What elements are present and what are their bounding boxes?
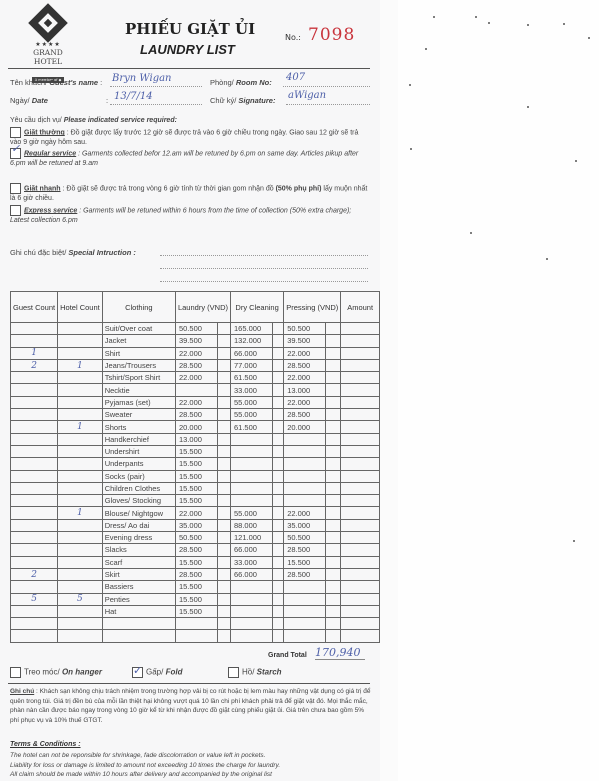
dry-cleaning-qty-cell[interactable] bbox=[272, 507, 284, 519]
clothing-cell: Jacket bbox=[102, 335, 175, 347]
pressing-price-cell bbox=[284, 593, 326, 605]
laundry-price-cell: 35.000 bbox=[175, 519, 217, 531]
regular-service-checkbox[interactable] bbox=[10, 148, 21, 159]
guest-count-cell[interactable] bbox=[11, 384, 58, 396]
pressing-price-cell: 28.500 bbox=[284, 409, 326, 421]
laundry-qty-cell[interactable] bbox=[217, 396, 230, 408]
dry-cleaning-price-cell bbox=[231, 458, 273, 470]
hotel-count-cell[interactable] bbox=[58, 568, 103, 580]
pressing-qty-cell[interactable] bbox=[325, 605, 341, 617]
table-row: Necktie33.00013.000 bbox=[11, 384, 380, 396]
pressing-qty-cell[interactable] bbox=[325, 433, 341, 445]
laundry-price-cell: 15.500 bbox=[175, 581, 217, 593]
amount-cell[interactable] bbox=[341, 384, 380, 396]
dry-cleaning-qty-cell[interactable] bbox=[272, 568, 284, 580]
paper-speck bbox=[588, 37, 590, 39]
pressing-qty-cell[interactable] bbox=[325, 421, 341, 433]
dry-cleaning-price-cell: 55.000 bbox=[231, 396, 273, 408]
paper-speck bbox=[546, 258, 548, 260]
pressing-qty-cell[interactable] bbox=[325, 372, 341, 384]
dry-cleaning-qty-cell[interactable] bbox=[272, 347, 284, 359]
guest-count-cell[interactable] bbox=[11, 323, 58, 335]
pressing-qty-cell[interactable] bbox=[325, 507, 341, 519]
hotel-count-cell[interactable] bbox=[58, 445, 103, 457]
amount-cell[interactable] bbox=[341, 396, 380, 408]
table-row: Undershirt15.500 bbox=[11, 445, 380, 457]
table-row bbox=[11, 618, 380, 630]
laundry-qty-cell[interactable] bbox=[217, 556, 230, 568]
laundry-price-cell bbox=[175, 618, 217, 630]
regular-vn-checkbox[interactable] bbox=[10, 127, 21, 138]
clothing-cell: Necktie bbox=[102, 384, 175, 396]
guest-count-cell[interactable] bbox=[11, 458, 58, 470]
dry-cleaning-qty-cell[interactable] bbox=[272, 421, 284, 433]
room-value: 407 bbox=[286, 72, 305, 83]
laundry-qty-cell[interactable] bbox=[217, 458, 230, 470]
amount-cell[interactable] bbox=[341, 581, 380, 593]
hotel-count-cell[interactable] bbox=[58, 605, 103, 617]
pressing-price-cell: 28.500 bbox=[284, 568, 326, 580]
hotel-count-cell[interactable]: 1 bbox=[58, 507, 103, 519]
laundry-price-cell: 22.000 bbox=[175, 396, 217, 408]
table-row: 1Blouse/ Nightgow22.00055.00022.000 bbox=[11, 507, 380, 519]
laundry-qty-cell[interactable] bbox=[217, 605, 230, 617]
pressing-price-cell bbox=[284, 445, 326, 457]
amount-cell[interactable] bbox=[341, 445, 380, 457]
guest-count-cell[interactable] bbox=[11, 409, 58, 421]
paper-speck bbox=[410, 148, 412, 150]
laundry-qty-cell[interactable] bbox=[217, 347, 230, 359]
dry-cleaning-qty-cell[interactable] bbox=[272, 581, 284, 593]
pressing-price-cell bbox=[284, 618, 326, 630]
laundry-qty-cell[interactable] bbox=[217, 359, 230, 371]
amount-cell[interactable] bbox=[341, 323, 380, 335]
table-row: Underpants15.500 bbox=[11, 458, 380, 470]
dry-cleaning-qty-cell[interactable] bbox=[272, 335, 284, 347]
dry-cleaning-price-cell: 77.000 bbox=[231, 359, 273, 371]
amount-cell[interactable] bbox=[341, 458, 380, 470]
col-hotel-count: Hotel Count bbox=[58, 292, 103, 323]
guest-count-cell[interactable] bbox=[11, 532, 58, 544]
hotel-count-cell[interactable] bbox=[58, 409, 103, 421]
dry-cleaning-price-cell: 88.000 bbox=[231, 519, 273, 531]
guest-count-cell[interactable] bbox=[11, 445, 58, 457]
laundry-qty-cell[interactable] bbox=[217, 470, 230, 482]
clothing-cell: Penties bbox=[102, 593, 175, 605]
guest-count-cell[interactable] bbox=[11, 396, 58, 408]
table-row: 1Shorts20.00061.50020.000 bbox=[11, 421, 380, 433]
footer-divider bbox=[8, 683, 370, 684]
hotel-count-cell[interactable] bbox=[58, 519, 103, 531]
hotel-count-cell[interactable] bbox=[58, 495, 103, 507]
pressing-qty-cell[interactable] bbox=[325, 384, 341, 396]
hotel-count-cell[interactable] bbox=[58, 433, 103, 445]
pressing-price-cell bbox=[284, 605, 326, 617]
paper-speck bbox=[563, 23, 565, 25]
guest-count-cell[interactable] bbox=[11, 605, 58, 617]
table-row: Tshirt/Sport Shirt22.00061.50022.000 bbox=[11, 372, 380, 384]
table-row: Hat15.500 bbox=[11, 605, 380, 617]
pressing-qty-cell[interactable] bbox=[325, 532, 341, 544]
laundry-qty-cell[interactable] bbox=[217, 507, 230, 519]
paper-speck bbox=[433, 16, 435, 18]
hotel-count-cell[interactable]: 5 bbox=[58, 593, 103, 605]
pressing-price-cell bbox=[284, 630, 326, 642]
amount-cell[interactable] bbox=[341, 495, 380, 507]
guest-count-cell[interactable]: 5 bbox=[11, 593, 58, 605]
clothing-cell: Jeans/Trousers bbox=[102, 359, 175, 371]
amount-cell[interactable] bbox=[341, 409, 380, 421]
laundry-price-cell: 50.500 bbox=[175, 323, 217, 335]
amount-cell[interactable] bbox=[341, 630, 380, 642]
hotel-count-cell[interactable] bbox=[58, 556, 103, 568]
pressing-qty-cell[interactable] bbox=[325, 323, 341, 335]
dry-cleaning-price-cell: 66.000 bbox=[231, 347, 273, 359]
pressing-price-cell bbox=[284, 470, 326, 482]
col-clothing: Clothing bbox=[102, 292, 175, 323]
clothing-cell: Shorts bbox=[102, 421, 175, 433]
table-row: Handkerchief13.000 bbox=[11, 433, 380, 445]
dry-cleaning-qty-cell[interactable] bbox=[272, 470, 284, 482]
clothing-cell: Dress/ Ao dai bbox=[102, 519, 175, 531]
table-header: Guest Count Hotel Count Clothing Laundry… bbox=[11, 292, 380, 323]
pressing-price-cell: 22.000 bbox=[284, 507, 326, 519]
paper-speck bbox=[425, 48, 427, 50]
service-option-express-vn: Giặt nhanh : Đồ giặt sẽ được trả trong v… bbox=[10, 183, 368, 204]
amount-cell[interactable] bbox=[341, 556, 380, 568]
clothing-cell: Socks (pair) bbox=[102, 470, 175, 482]
hotel-count-cell[interactable] bbox=[58, 581, 103, 593]
clothing-cell bbox=[102, 630, 175, 642]
form-number: 7098 bbox=[308, 25, 355, 45]
dry-cleaning-qty-cell[interactable] bbox=[272, 605, 284, 617]
hotel-count-cell[interactable] bbox=[58, 532, 103, 544]
special-instruction-label: Ghi chú đặc biệt/ Special Intruction : bbox=[10, 248, 136, 257]
dry-cleaning-qty-cell[interactable] bbox=[272, 445, 284, 457]
laundry-qty-cell[interactable] bbox=[217, 433, 230, 445]
hotel-count-cell[interactable]: 1 bbox=[58, 359, 103, 371]
laundry-price-cell: 15.500 bbox=[175, 593, 217, 605]
dry-cleaning-price-cell: 55.000 bbox=[231, 409, 273, 421]
laundry-qty-cell[interactable] bbox=[217, 409, 230, 421]
pressing-qty-cell[interactable] bbox=[325, 359, 341, 371]
dry-cleaning-qty-cell[interactable] bbox=[272, 409, 284, 421]
guest-count-cell[interactable] bbox=[11, 556, 58, 568]
pressing-qty-cell[interactable] bbox=[325, 544, 341, 556]
option-fold[interactable]: Gấp/ Fold bbox=[132, 667, 182, 678]
hotel-count-cell[interactable] bbox=[58, 347, 103, 359]
guest-count-cell[interactable] bbox=[11, 581, 58, 593]
laundry-qty-cell[interactable] bbox=[217, 581, 230, 593]
clothing-cell: Skirt bbox=[102, 568, 175, 580]
pressing-qty-cell[interactable] bbox=[325, 396, 341, 408]
dry-cleaning-price-cell: 33.000 bbox=[231, 556, 273, 568]
dry-cleaning-qty-cell[interactable] bbox=[272, 458, 284, 470]
terms-line: The hotel can not be reponsible for shri… bbox=[10, 751, 380, 761]
pressing-qty-cell[interactable] bbox=[325, 630, 341, 642]
clothing-cell: Sweater bbox=[102, 409, 175, 421]
amount-cell[interactable] bbox=[341, 470, 380, 482]
grand-total-value[interactable]: 170,940 bbox=[315, 646, 365, 660]
laundry-table: Guest Count Hotel Count Clothing Laundry… bbox=[10, 291, 380, 643]
guest-count-cell[interactable] bbox=[11, 618, 58, 630]
laundry-qty-cell[interactable] bbox=[217, 445, 230, 457]
pressing-qty-cell[interactable] bbox=[325, 335, 341, 347]
pressing-price-cell bbox=[284, 495, 326, 507]
pressing-price-cell: 50.500 bbox=[284, 323, 326, 335]
guest-count-cell[interactable] bbox=[11, 335, 58, 347]
starch-checkbox[interactable] bbox=[228, 667, 239, 678]
table-row: Scarf15.50033.00015.500 bbox=[11, 556, 380, 568]
hotel-count-cell[interactable] bbox=[58, 372, 103, 384]
dry-cleaning-price-cell: 121.000 bbox=[231, 532, 273, 544]
amount-cell[interactable] bbox=[341, 605, 380, 617]
laundry-qty-cell[interactable] bbox=[217, 618, 230, 630]
col-laundry: Laundry (VND) bbox=[175, 292, 230, 323]
clothing-cell: Undershirt bbox=[102, 445, 175, 457]
dry-cleaning-qty-cell[interactable] bbox=[272, 556, 284, 568]
dry-cleaning-price-cell: 66.000 bbox=[231, 568, 273, 580]
laundry-price-cell: 15.500 bbox=[175, 458, 217, 470]
guest-count-cell[interactable] bbox=[11, 482, 58, 494]
laundry-qty-cell[interactable] bbox=[217, 532, 230, 544]
laundry-qty-cell[interactable] bbox=[217, 384, 230, 396]
express-vn-checkbox[interactable] bbox=[10, 183, 21, 194]
laundry-qty-cell[interactable] bbox=[217, 544, 230, 556]
guest-count-cell[interactable] bbox=[11, 507, 58, 519]
laundry-price-cell: 22.000 bbox=[175, 347, 217, 359]
paper-speck bbox=[470, 232, 472, 234]
hotel-count-cell[interactable] bbox=[58, 458, 103, 470]
dry-cleaning-price-cell: 66.000 bbox=[231, 544, 273, 556]
table-row: 55Penties15.500 bbox=[11, 593, 380, 605]
express-service-checkbox[interactable] bbox=[10, 205, 21, 216]
dry-cleaning-qty-cell[interactable] bbox=[272, 323, 284, 335]
guest-count-cell[interactable] bbox=[11, 421, 58, 433]
laundry-qty-cell[interactable] bbox=[217, 593, 230, 605]
pressing-price-cell: 50.500 bbox=[284, 532, 326, 544]
pressing-qty-cell[interactable] bbox=[325, 556, 341, 568]
paper-speck bbox=[488, 22, 490, 24]
option-on-hanger[interactable]: Treo móc/ On hanger bbox=[10, 667, 102, 678]
dry-cleaning-qty-cell[interactable] bbox=[272, 519, 284, 531]
amount-cell[interactable] bbox=[341, 335, 380, 347]
dry-cleaning-qty-cell[interactable] bbox=[272, 384, 284, 396]
guest-count-cell[interactable]: 2 bbox=[11, 359, 58, 371]
dry-cleaning-qty-cell[interactable] bbox=[272, 618, 284, 630]
amount-cell[interactable] bbox=[341, 544, 380, 556]
dry-cleaning-price-cell bbox=[231, 470, 273, 482]
hotel-count-cell[interactable]: 1 bbox=[58, 421, 103, 433]
laundry-qty-cell[interactable] bbox=[217, 519, 230, 531]
clothing-cell: Blouse/ Nightgow bbox=[102, 507, 175, 519]
pressing-price-cell bbox=[284, 433, 326, 445]
table-row: Sweater28.50055.00028.500 bbox=[11, 409, 380, 421]
guest-count-cell[interactable] bbox=[11, 495, 58, 507]
signature-value: aWigan bbox=[288, 90, 326, 101]
hotel-count-cell[interactable] bbox=[58, 396, 103, 408]
dry-cleaning-qty-cell[interactable] bbox=[272, 630, 284, 642]
logo-mark-icon bbox=[28, 3, 68, 43]
clothing-cell: Gloves/ Stocking bbox=[102, 495, 175, 507]
clothing-cell: Handkerchief bbox=[102, 433, 175, 445]
guest-count-cell[interactable] bbox=[11, 372, 58, 384]
hotel-count-cell[interactable] bbox=[58, 482, 103, 494]
pressing-qty-cell[interactable] bbox=[325, 593, 341, 605]
special-instruction-line-2[interactable] bbox=[160, 258, 368, 269]
amount-cell[interactable] bbox=[341, 593, 380, 605]
pressing-qty-cell[interactable] bbox=[325, 470, 341, 482]
amount-cell[interactable] bbox=[341, 433, 380, 445]
table-row: Children Clothes15.500 bbox=[11, 482, 380, 494]
option-starch[interactable]: Hồ/ Starch bbox=[228, 667, 282, 678]
guest-count-cell[interactable] bbox=[11, 630, 58, 642]
pressing-price-cell: 22.000 bbox=[284, 396, 326, 408]
terms-title: Terms & Conditions : bbox=[10, 741, 81, 748]
pressing-qty-cell[interactable] bbox=[325, 568, 341, 580]
dry-cleaning-qty-cell[interactable] bbox=[272, 495, 284, 507]
laundry-qty-cell[interactable] bbox=[217, 372, 230, 384]
pressing-qty-cell[interactable] bbox=[325, 581, 341, 593]
pressing-qty-cell[interactable] bbox=[325, 347, 341, 359]
amount-cell[interactable] bbox=[341, 372, 380, 384]
service-option-regular-vn: Giặt thường : Đồ giặt được lấy trước 12 … bbox=[10, 127, 368, 148]
hotel-name: GRAND HOTEL bbox=[18, 48, 78, 66]
laundry-qty-cell[interactable] bbox=[217, 630, 230, 642]
pressing-price-cell: 15.500 bbox=[284, 556, 326, 568]
pressing-price-cell: 22.000 bbox=[284, 347, 326, 359]
grand-total-label: Grand Total bbox=[268, 652, 307, 659]
dry-cleaning-qty-cell[interactable] bbox=[272, 433, 284, 445]
pressing-qty-cell[interactable] bbox=[325, 458, 341, 470]
amount-cell[interactable] bbox=[341, 421, 380, 433]
clothing-cell: Pyjamas (set) bbox=[102, 396, 175, 408]
clothing-cell: Hat bbox=[102, 605, 175, 617]
dry-cleaning-price-cell bbox=[231, 581, 273, 593]
dry-cleaning-price-cell bbox=[231, 445, 273, 457]
laundry-qty-cell[interactable] bbox=[217, 568, 230, 580]
amount-cell[interactable] bbox=[341, 359, 380, 371]
service-option-regular-en: Regular service : Garments collected bef… bbox=[10, 148, 368, 169]
special-instruction-line-3[interactable] bbox=[160, 271, 368, 282]
amount-cell[interactable] bbox=[341, 568, 380, 580]
dry-cleaning-qty-cell[interactable] bbox=[272, 396, 284, 408]
laundry-price-cell: 28.500 bbox=[175, 544, 217, 556]
pressing-qty-cell[interactable] bbox=[325, 445, 341, 457]
hotel-count-cell[interactable] bbox=[58, 618, 103, 630]
dry-cleaning-qty-cell[interactable] bbox=[272, 372, 284, 384]
special-instruction-line-1[interactable] bbox=[160, 245, 368, 256]
clothing-cell: Slacks bbox=[102, 544, 175, 556]
dry-cleaning-qty-cell[interactable] bbox=[272, 593, 284, 605]
amount-cell[interactable] bbox=[341, 519, 380, 531]
laundry-price-cell: 50.500 bbox=[175, 532, 217, 544]
laundry-price-cell bbox=[175, 630, 217, 642]
dry-cleaning-price-cell: 61.500 bbox=[231, 421, 273, 433]
dry-cleaning-price-cell bbox=[231, 433, 273, 445]
table-row: 21Jeans/Trousers28.50077.00028.500 bbox=[11, 359, 380, 371]
pressing-price-cell: 35.000 bbox=[284, 519, 326, 531]
pressing-qty-cell[interactable] bbox=[325, 519, 341, 531]
laundry-qty-cell[interactable] bbox=[217, 335, 230, 347]
laundry-price-cell: 15.500 bbox=[175, 556, 217, 568]
pressing-qty-cell[interactable] bbox=[325, 482, 341, 494]
laundry-qty-cell[interactable] bbox=[217, 323, 230, 335]
laundry-form: ★★★★ GRAND HOTEL A member of ◆ PHIẾU GIẶ… bbox=[0, 0, 380, 781]
laundry-price-cell: 15.500 bbox=[175, 495, 217, 507]
dry-cleaning-price-cell: 55.000 bbox=[231, 507, 273, 519]
hotel-count-cell[interactable] bbox=[58, 544, 103, 556]
clothing-cell: Scarf bbox=[102, 556, 175, 568]
table-row: Suit/Over coat50.500165.00050.500 bbox=[11, 323, 380, 335]
dry-cleaning-qty-cell[interactable] bbox=[272, 482, 284, 494]
amount-cell[interactable] bbox=[341, 347, 380, 359]
laundry-qty-cell[interactable] bbox=[217, 495, 230, 507]
guest-name-label: Tên khách/ Guest's name : bbox=[10, 78, 102, 87]
guest-count-cell[interactable] bbox=[11, 470, 58, 482]
dry-cleaning-qty-cell[interactable] bbox=[272, 532, 284, 544]
hotel-count-cell[interactable] bbox=[58, 335, 103, 347]
amount-cell[interactable] bbox=[341, 532, 380, 544]
laundry-price-cell: 22.000 bbox=[175, 507, 217, 519]
dry-cleaning-price-cell bbox=[231, 618, 273, 630]
guest-count-cell[interactable] bbox=[11, 519, 58, 531]
col-guest-count: Guest Count bbox=[11, 292, 58, 323]
guest-count-cell[interactable] bbox=[11, 433, 58, 445]
laundry-price-cell: 15.500 bbox=[175, 482, 217, 494]
laundry-qty-cell[interactable] bbox=[217, 421, 230, 433]
amount-cell[interactable] bbox=[341, 618, 380, 630]
dry-cleaning-qty-cell[interactable] bbox=[272, 359, 284, 371]
guest-count-cell[interactable]: 1 bbox=[11, 347, 58, 359]
amount-cell[interactable] bbox=[341, 482, 380, 494]
clothing-cell: Tshirt/Sport Shirt bbox=[102, 372, 175, 384]
guest-count-cell[interactable] bbox=[11, 544, 58, 556]
hotel-logo: ★★★★ GRAND HOTEL A member of ◆ bbox=[18, 5, 78, 85]
hotel-count-cell[interactable] bbox=[58, 470, 103, 482]
amount-cell[interactable] bbox=[341, 507, 380, 519]
pressing-qty-cell[interactable] bbox=[325, 618, 341, 630]
hotel-count-cell[interactable] bbox=[58, 384, 103, 396]
on-hanger-checkbox[interactable] bbox=[10, 667, 21, 678]
room-label: Phòng/ Room No: bbox=[210, 78, 272, 87]
pressing-price-cell: 13.000 bbox=[284, 384, 326, 396]
clothing-cell: Suit/Over coat bbox=[102, 323, 175, 335]
paper-speck bbox=[527, 106, 529, 108]
hotel-count-cell[interactable] bbox=[58, 323, 103, 335]
hotel-count-cell[interactable] bbox=[58, 630, 103, 642]
pressing-qty-cell[interactable] bbox=[325, 409, 341, 421]
dry-cleaning-price-cell bbox=[231, 482, 273, 494]
guest-count-cell[interactable]: 2 bbox=[11, 568, 58, 580]
clothing-cell: Children Clothes bbox=[102, 482, 175, 494]
guest-name-value: Bryn Wigan bbox=[112, 73, 172, 84]
paper-speck bbox=[573, 540, 575, 542]
clothing-cell: Shirt bbox=[102, 347, 175, 359]
pressing-price-cell bbox=[284, 482, 326, 494]
fold-checkbox[interactable] bbox=[132, 667, 143, 678]
table-row: 1Shirt22.00066.00022.000 bbox=[11, 347, 380, 359]
clothing-cell bbox=[102, 618, 175, 630]
dry-cleaning-qty-cell[interactable] bbox=[272, 544, 284, 556]
pressing-qty-cell[interactable] bbox=[325, 495, 341, 507]
table-row: Slacks28.50066.00028.500 bbox=[11, 544, 380, 556]
laundry-price-cell: 39.500 bbox=[175, 335, 217, 347]
laundry-price-cell: 22.000 bbox=[175, 372, 217, 384]
dry-cleaning-price-cell: 33.000 bbox=[231, 384, 273, 396]
pressing-price-cell: 20.000 bbox=[284, 421, 326, 433]
laundry-qty-cell[interactable] bbox=[217, 482, 230, 494]
